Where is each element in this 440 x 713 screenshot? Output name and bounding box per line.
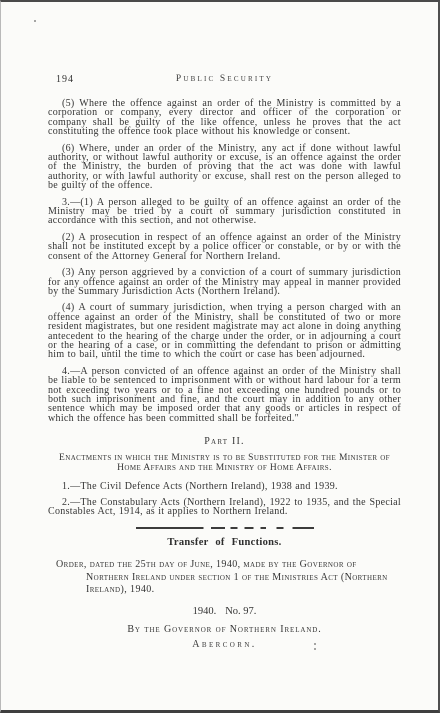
- running-title: Public Security: [48, 74, 401, 84]
- paragraph-3-1: 3.—(1) A person alleged to be guilty of …: [48, 198, 401, 226]
- paragraph-3-4: (4) A court of summary jurisdiction, whe…: [48, 303, 401, 359]
- page-content: 194 Public Security (5) Where the offenc…: [48, 74, 401, 650]
- part-ii-subheading: Enactments in which the Ministry is to b…: [52, 453, 397, 473]
- section-divider-rule: [136, 527, 314, 529]
- paragraph-4: 4.—A person convicted of an offence agai…: [48, 367, 401, 423]
- scan-speck: [34, 20, 36, 22]
- order-caption: Order, dated the 25th day of June, 1940,…: [48, 559, 395, 597]
- order-year: 1940.: [193, 606, 217, 617]
- enactment-item-2: 2.—The Constabulary Acts (Northern Irela…: [48, 498, 401, 517]
- order-number: No. 97.: [225, 606, 256, 617]
- governor-by-line: By the Governor of Northern Ireland.: [48, 624, 401, 635]
- transfer-of-functions-heading: Transfer of Functions.: [48, 537, 401, 548]
- paragraph-3-3: (3) Any person aggrieved by a conviction…: [48, 268, 401, 296]
- signature-abercorn: Abercorn.: [48, 639, 401, 650]
- paragraph-6: (6) Where, under an order of the Ministr…: [48, 144, 401, 191]
- scanned-document-page: 194 Public Security (5) Where the offenc…: [0, 0, 440, 713]
- page-header: 194 Public Security: [48, 74, 401, 86]
- enactment-item-1: 1.—The Civil Defence Acts (Northern Irel…: [48, 482, 401, 491]
- order-number-line: 1940.No. 97.: [48, 606, 401, 617]
- paragraph-5: (5) Where the offence against an order o…: [48, 99, 401, 137]
- part-ii-heading: Part II.: [48, 436, 401, 447]
- paragraph-3-2: (2) A prosecution in respect of an offen…: [48, 233, 401, 261]
